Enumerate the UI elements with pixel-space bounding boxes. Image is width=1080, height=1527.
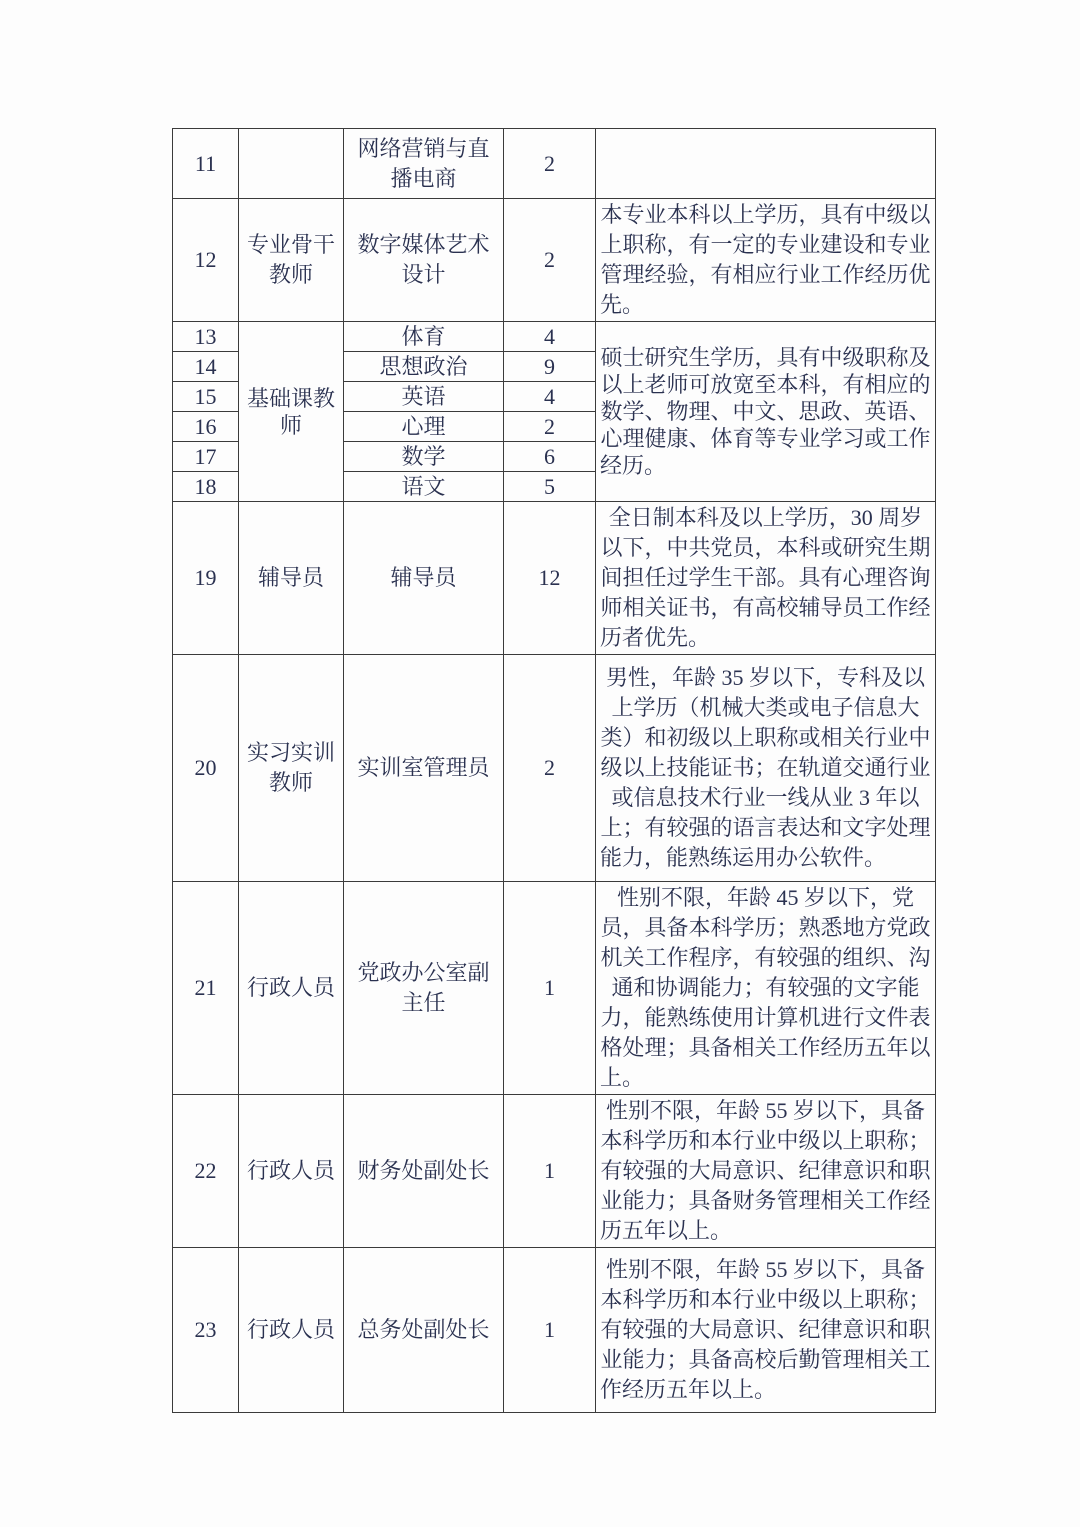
position-cell: 辅导员 [344,502,504,655]
count-cell: 1 [504,1248,596,1413]
count-cell: 4 [504,322,596,352]
category-cell: 行政人员 [239,1095,344,1248]
category-cell: 行政人员 [239,882,344,1095]
category-cell: 实习实训教师 [239,655,344,882]
requirement-cell: 本专业本科以上学历，具有中级以上职称，有一定的专业建设和专业管理经验，有相应行业… [596,199,936,322]
seq-cell: 15 [173,382,239,412]
seq-cell: 12 [173,199,239,322]
table-row: 23 行政人员 总务处副处长 1 性别不限，年龄 55 岁以下，具备本科学历和本… [173,1248,936,1413]
position-cell: 英语 [344,382,504,412]
requirement-cell: 性别不限，年龄 55 岁以下，具备本科学历和本行业中级以上职称；有较强的大局意识… [596,1095,936,1248]
document-page: 11 网络营销与直播电商 2 12 专业骨干教师 数字媒体艺术设计 2 本专业本… [0,0,1080,1527]
requirement-cell: 性别不限，年龄 45 岁以下，党员，具备本科学历；熟悉地方党政机关工作程序，有较… [596,882,936,1095]
seq-cell: 11 [173,129,239,199]
count-cell: 12 [504,502,596,655]
position-cell: 网络营销与直播电商 [344,129,504,199]
table-row: 22 行政人员 财务处副处长 1 性别不限，年龄 55 岁以下，具备本科学历和本… [173,1095,936,1248]
position-cell: 财务处副处长 [344,1095,504,1248]
count-cell: 2 [504,129,596,199]
category-cell: 行政人员 [239,1248,344,1413]
requirement-cell: 性别不限，年龄 55 岁以下，具备本科学历和本行业中级以上职称；有较强的大局意识… [596,1248,936,1413]
count-cell: 5 [504,472,596,502]
count-cell: 2 [504,412,596,442]
count-cell: 9 [504,352,596,382]
table-row: 19 辅导员 辅导员 12 全日制本科及以上学历，30 周岁以下，中共党员，本科… [173,502,936,655]
table-row: 20 实习实训教师 实训室管理员 2 男性，年龄 35 岁以下，专科及以上学历（… [173,655,936,882]
position-cell: 实训室管理员 [344,655,504,882]
requirement-cell-merged: 硕士研究生学历，具有中级职称及以上老师可放宽至本科，有相应的数学、物理、中文、思… [596,322,936,502]
seq-cell: 22 [173,1095,239,1248]
count-cell: 6 [504,442,596,472]
recruitment-table: 11 网络营销与直播电商 2 12 专业骨干教师 数字媒体艺术设计 2 本专业本… [172,128,936,1413]
position-cell: 心理 [344,412,504,442]
category-cell [239,129,344,199]
position-cell: 语文 [344,472,504,502]
seq-cell: 14 [173,352,239,382]
seq-cell: 23 [173,1248,239,1413]
count-cell: 1 [504,882,596,1095]
requirement-cell: 男性，年龄 35 岁以下，专科及以上学历（机械大类或电子信息大类）和初级以上职称… [596,655,936,882]
position-cell: 总务处副处长 [344,1248,504,1413]
seq-cell: 20 [173,655,239,882]
requirement-cell [596,129,936,199]
position-cell: 数字媒体艺术设计 [344,199,504,322]
table-row: 21 行政人员 党政办公室副主任 1 性别不限，年龄 45 岁以下，党员，具备本… [173,882,936,1095]
position-cell: 党政办公室副主任 [344,882,504,1095]
table-row: 12 专业骨干教师 数字媒体艺术设计 2 本专业本科以上学历，具有中级以上职称，… [173,199,936,322]
position-cell: 数学 [344,442,504,472]
seq-cell: 21 [173,882,239,1095]
count-cell: 2 [504,655,596,882]
seq-cell: 18 [173,472,239,502]
category-cell-merged: 基础课教师 [239,322,344,502]
requirement-cell: 全日制本科及以上学历，30 周岁以下，中共党员，本科或研究生期间担任过学生干部。… [596,502,936,655]
seq-cell: 13 [173,322,239,352]
count-cell: 2 [504,199,596,322]
table-row: 13 基础课教师 体育 4 硕士研究生学历，具有中级职称及以上老师可放宽至本科，… [173,322,936,352]
position-cell: 体育 [344,322,504,352]
seq-cell: 16 [173,412,239,442]
position-cell: 思想政治 [344,352,504,382]
seq-cell: 17 [173,442,239,472]
category-cell: 辅导员 [239,502,344,655]
category-cell: 专业骨干教师 [239,199,344,322]
seq-cell: 19 [173,502,239,655]
count-cell: 1 [504,1095,596,1248]
count-cell: 4 [504,382,596,412]
table-row: 11 网络营销与直播电商 2 [173,129,936,199]
